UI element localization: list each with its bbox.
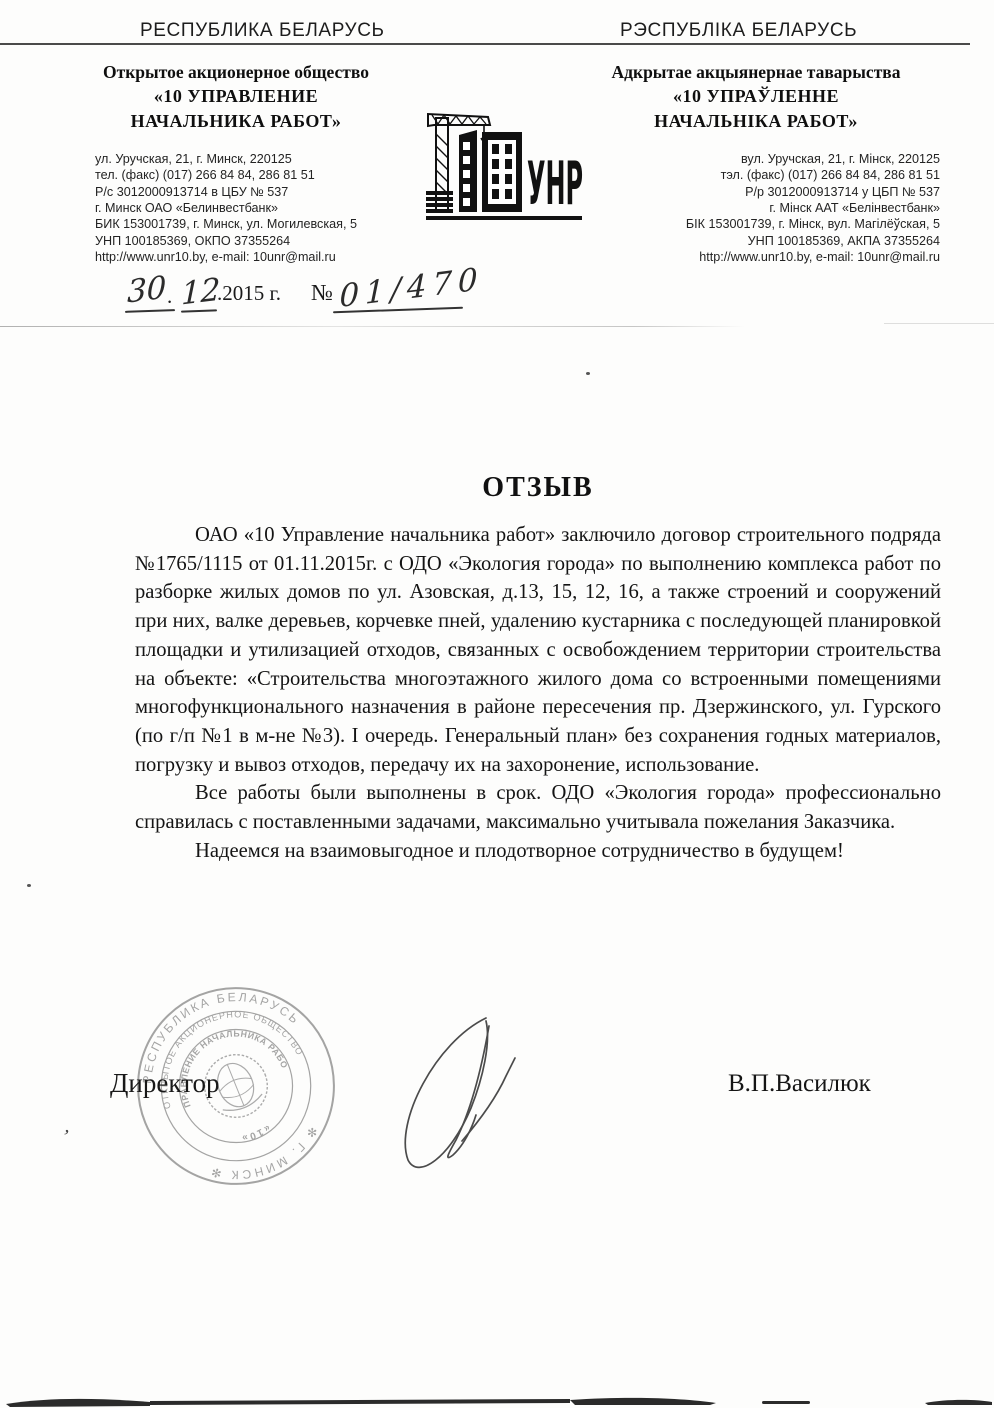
date-dot: .: [167, 284, 172, 309]
address-by-line: вул. Уручская, 21, г. Мінск, 220125: [598, 151, 940, 167]
signer-position: Директор: [110, 1068, 220, 1099]
address-ru-line: БИК 153001739, г. Минск, ул. Могилевская…: [95, 216, 425, 232]
letter-body: ОАО «10 Управление начальника работ» зак…: [135, 521, 941, 865]
scan-speck: ’: [59, 1126, 71, 1150]
scan-speck: [586, 372, 590, 375]
scan-fold-line: [0, 326, 745, 327]
document-title: ОТЗЫВ: [135, 472, 941, 504]
country-header-ru: РЕСПУБЛИКА БЕЛАРУСЬ: [140, 20, 385, 42]
company-name-ru: Открытое акционерное общество «10 УПРАВЛ…: [56, 60, 416, 134]
address-ru-line: http://www.unr10.by, e-mail: 10unr@mail.…: [95, 249, 425, 265]
typed-year: .2015 г.: [217, 281, 281, 306]
signer-name: В.П.Василюк: [728, 1070, 871, 1098]
address-by-line: http://www.unr10.by, e-mail: 10unr@mail.…: [598, 249, 940, 265]
address-ru-line: Р/с 3012000913714 в ЦБУ № 537: [95, 184, 425, 200]
svg-text:«10»: «10»: [237, 1121, 273, 1146]
address-by-line: тэл. (факс) (017) 266 84 84, 286 81 51: [598, 167, 940, 183]
address-by-line: г. Мінск ААТ «Белінвестбанк»: [598, 200, 940, 216]
paragraph-contract: ОАО «10 Управление начальника работ» зак…: [135, 521, 941, 779]
scan-speck: [27, 884, 31, 887]
address-ru-line: тел. (факс) (017) 266 84 84, 286 81 51: [95, 167, 425, 183]
country-header-by: РЭСПУБЛІКА БЕЛАРУСЬ: [620, 20, 857, 42]
address-by-line: УНП 100185369, АКПА 37355264: [598, 233, 940, 249]
address-ru-line: ул. Уручская, 21, г. Минск, 220125: [95, 151, 425, 167]
company-name-by-line3: НАЧАЛЬНІКА РАБОТ»: [654, 111, 858, 131]
number-sign: №: [311, 280, 333, 306]
company-name-ru-line3: НАЧАЛЬНИКА РАБОТ»: [131, 111, 342, 131]
company-name-by-line1: Адкрытае акцыянернае таварыства: [612, 62, 901, 82]
address-by-line: Р/р 3012000913714 у ЦБП № 537: [598, 184, 940, 200]
company-name-ru-line1: Открытое акционерное общество: [103, 62, 369, 82]
company-name-by: Адкрытае акцыянернае таварыства «10 УПРА…: [566, 60, 946, 134]
stamp-inner-bottom-text: «10»: [237, 1121, 273, 1146]
address-by-line: БІК 153001739, г. Мінск, вул. Магілёўска…: [598, 216, 940, 232]
header-rule: [0, 43, 970, 45]
scan-edge-smudge: [0, 1392, 994, 1408]
underline-day: [125, 309, 175, 313]
logo-unr-text: УНР: [527, 149, 583, 219]
address-block-ru: ул. Уручская, 21, г. Минск, 220125 тел. …: [95, 151, 425, 266]
address-block-by: вул. Уручская, 21, г. Мінск, 220125 тэл.…: [598, 151, 940, 266]
handwritten-signature: [378, 1000, 640, 1182]
paragraph-evaluation: Все работы были выполнены в срок. ОДО «Э…: [135, 779, 941, 836]
reference-line: 30 . 12 .2015 г. № 01/470: [125, 272, 545, 322]
paragraph-closing: Надеемся на взаимовыгодное и плодотворно…: [135, 837, 941, 866]
scanned-letter-page: РЕСПУБЛИКА БЕЛАРУСЬ РЭСПУБЛІКА БЕЛАРУСЬ …: [0, 0, 994, 1408]
company-logo-crane-icon: УНР: [424, 104, 586, 224]
underline-month: [181, 309, 217, 312]
company-name-ru-line2: «10 УПРАВЛЕНИЕ: [154, 86, 318, 106]
address-ru-line: г. Минск ОАО «Белинвестбанк»: [95, 200, 425, 216]
address-ru-line: УНП 100185369, ОКПО 37355264: [95, 233, 425, 249]
company-name-by-line2: «10 УПРАЎЛЕННЕ: [673, 86, 839, 106]
handwritten-day: 30: [127, 269, 167, 310]
handwritten-month: 12: [181, 271, 221, 312]
scan-fold-line-right: [884, 323, 994, 324]
